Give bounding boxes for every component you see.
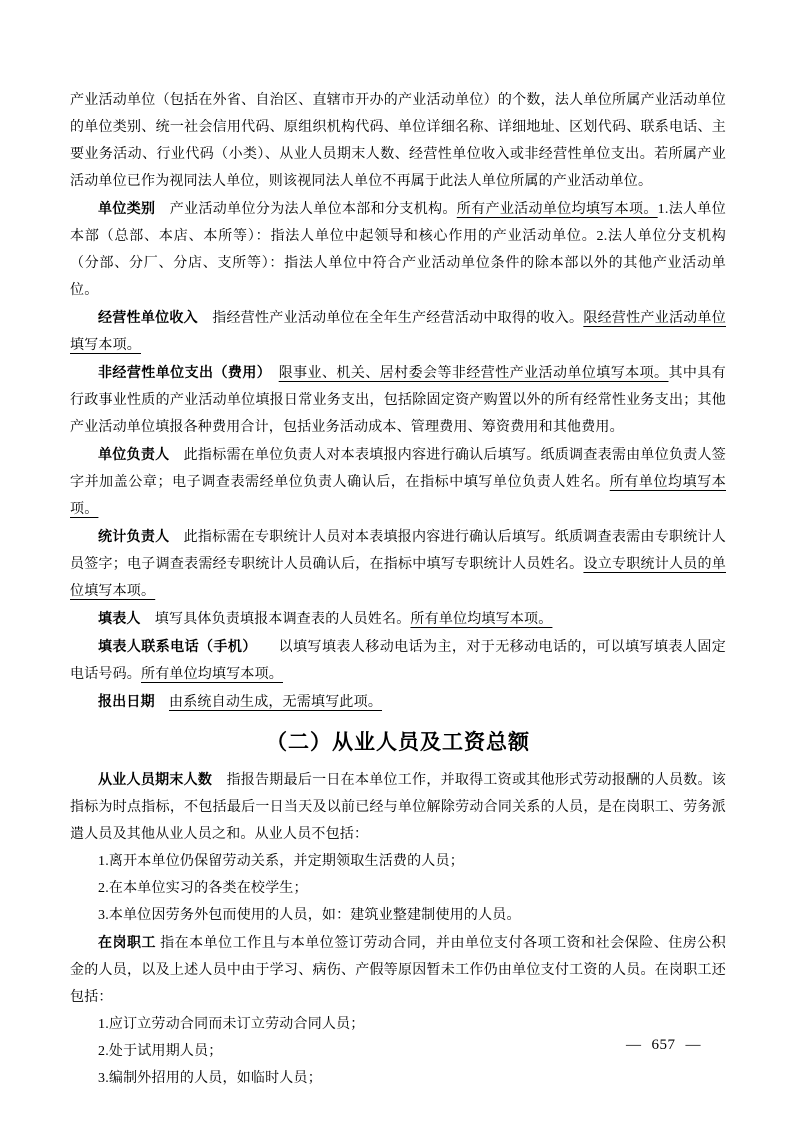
term-label: 单位负责人 [98,446,169,462]
body-text: 3.编制外招用的人员，如临时人员； [98,1071,322,1086]
term-label: 在岗职工 [98,934,156,950]
entry-unit-category: 单位类别 产业活动单位分为法人单位本部和分支机构。所有产业活动单位均填写本项。1… [70,195,726,304]
list-item-exclude-2: 2.在本单位实习的各类在校学生； [70,875,726,902]
footer-dash-left: — [626,1037,642,1053]
body-text: 填写具体负责填报本调查表的人员姓名。 [141,612,411,627]
entry-non-operating-unit-expense: 非经营性单位支出（费用） 限事业、机关、居村委会等非经营性产业活动单位填写本项。… [70,359,726,441]
body-text: 产业活动单位分为法人单位本部和分支机构。 [155,202,456,217]
body-text: 1.离开本单位仍保留劳动关系，并定期领取生活费的人员； [98,854,464,869]
body-text: 产业活动单位（包括在外省、自治区、直辖市开办的产业活动单位）的个数，法人单位所属… [70,93,726,189]
document-page: 产业活动单位（包括在外省、自治区、直辖市开办的产业活动单位）的个数，法人单位所属… [0,0,793,1122]
term-label: 填表人 [98,610,141,626]
body-text [155,695,169,710]
section-heading: （二）从业人员及工资总额 [70,728,726,758]
entry-operating-unit-income: 经营性单位收入 指经营性产业活动单位在全年生产经营活动中取得的收入。限经营性产业… [70,304,726,359]
underlined-note: 由系统自动生成，无需填写此项。 [169,695,382,710]
entry-employees-end-of-period: 从业人员期末人数 指报告期最后一日在本单位工作，并取得工资或其他形式劳动报酬的人… [70,766,726,848]
document-body: 产业活动单位（包括在外省、自治区、直辖市开办的产业活动单位）的个数，法人单位所属… [70,87,726,1092]
list-item-exclude-3: 3.本单位因劳务外包而使用的人员，如：建筑业整建制使用的人员。 [70,902,726,929]
body-text: 指在本单位工作且与本单位签订劳动合同，并由单位支付各项工资和社会保险、住房公积金… [70,936,726,1005]
entry-form-filler: 填表人 填写具体负责填报本调查表的人员姓名。所有单位均填写本项。 [70,605,726,633]
underlined-note: 限事业、机关、居村委会等非经营性产业活动单位填写本项。 [279,366,669,381]
body-text: 2.在本单位实习的各类在校学生； [98,881,308,896]
term-label: 报出日期 [98,693,155,709]
term-label: 填表人联系电话（手机） [98,638,250,654]
body-text [264,366,278,381]
list-item-exclude-1: 1.离开本单位仍保留劳动关系，并定期领取生活费的人员； [70,848,726,875]
body-text: 指经营性产业活动单位在全年生产经营活动中取得的收入。 [198,311,583,326]
term-label: 单位类别 [98,200,155,216]
term-label: 统计负责人 [98,528,169,544]
list-item-include-3: 3.编制外招用的人员，如临时人员； [70,1065,726,1092]
underlined-note: 所有产业活动单位均填写本项。 [457,202,658,217]
entry-unit-head: 单位负责人 此指标需在单位负责人对本表填报内容进行确认后填写。纸质调查表需由单位… [70,441,726,523]
page-number: 657 [652,1037,676,1053]
entry-on-post-staff: 在岗职工 指在本单位工作且与本单位签订劳动合同，并由单位支付各项工资和社会保险、… [70,929,726,1011]
underlined-note: 所有单位均填写本项。 [410,612,552,627]
term-label: 非经营性单位支出（费用） [98,364,264,380]
body-text: 2.处于试用期人员； [98,1044,223,1059]
term-label: 从业人员期末人数 [98,771,212,787]
page-footer: —657— [626,1035,701,1055]
body-text: 1.应订立劳动合同而未订立劳动合同人员； [98,1017,365,1032]
footer-dash-right: — [686,1037,702,1053]
entry-filler-phone: 填表人联系电话（手机） 以填写填表人移动电话为主，对于无移动电话的，可以填写填表… [70,633,726,688]
underlined-note: 所有单位均填写本项。 [141,667,283,682]
list-item-include-1: 1.应订立劳动合同而未订立劳动合同人员； [70,1011,726,1038]
entry-statistics-head: 统计负责人 此指标需在专职统计人员对本表填报内容进行确认后填写。纸质调查表需由专… [70,523,726,605]
term-label: 经营性单位收入 [98,309,198,325]
intro-paragraph: 产业活动单位（包括在外省、自治区、直辖市开办的产业活动单位）的个数，法人单位所属… [70,87,726,195]
body-text: 3.本单位因劳务外包而使用的人员，如：建筑业整建制使用的人员。 [98,908,521,923]
entry-report-date: 报出日期 由系统自动生成，无需填写此项。 [70,688,726,716]
